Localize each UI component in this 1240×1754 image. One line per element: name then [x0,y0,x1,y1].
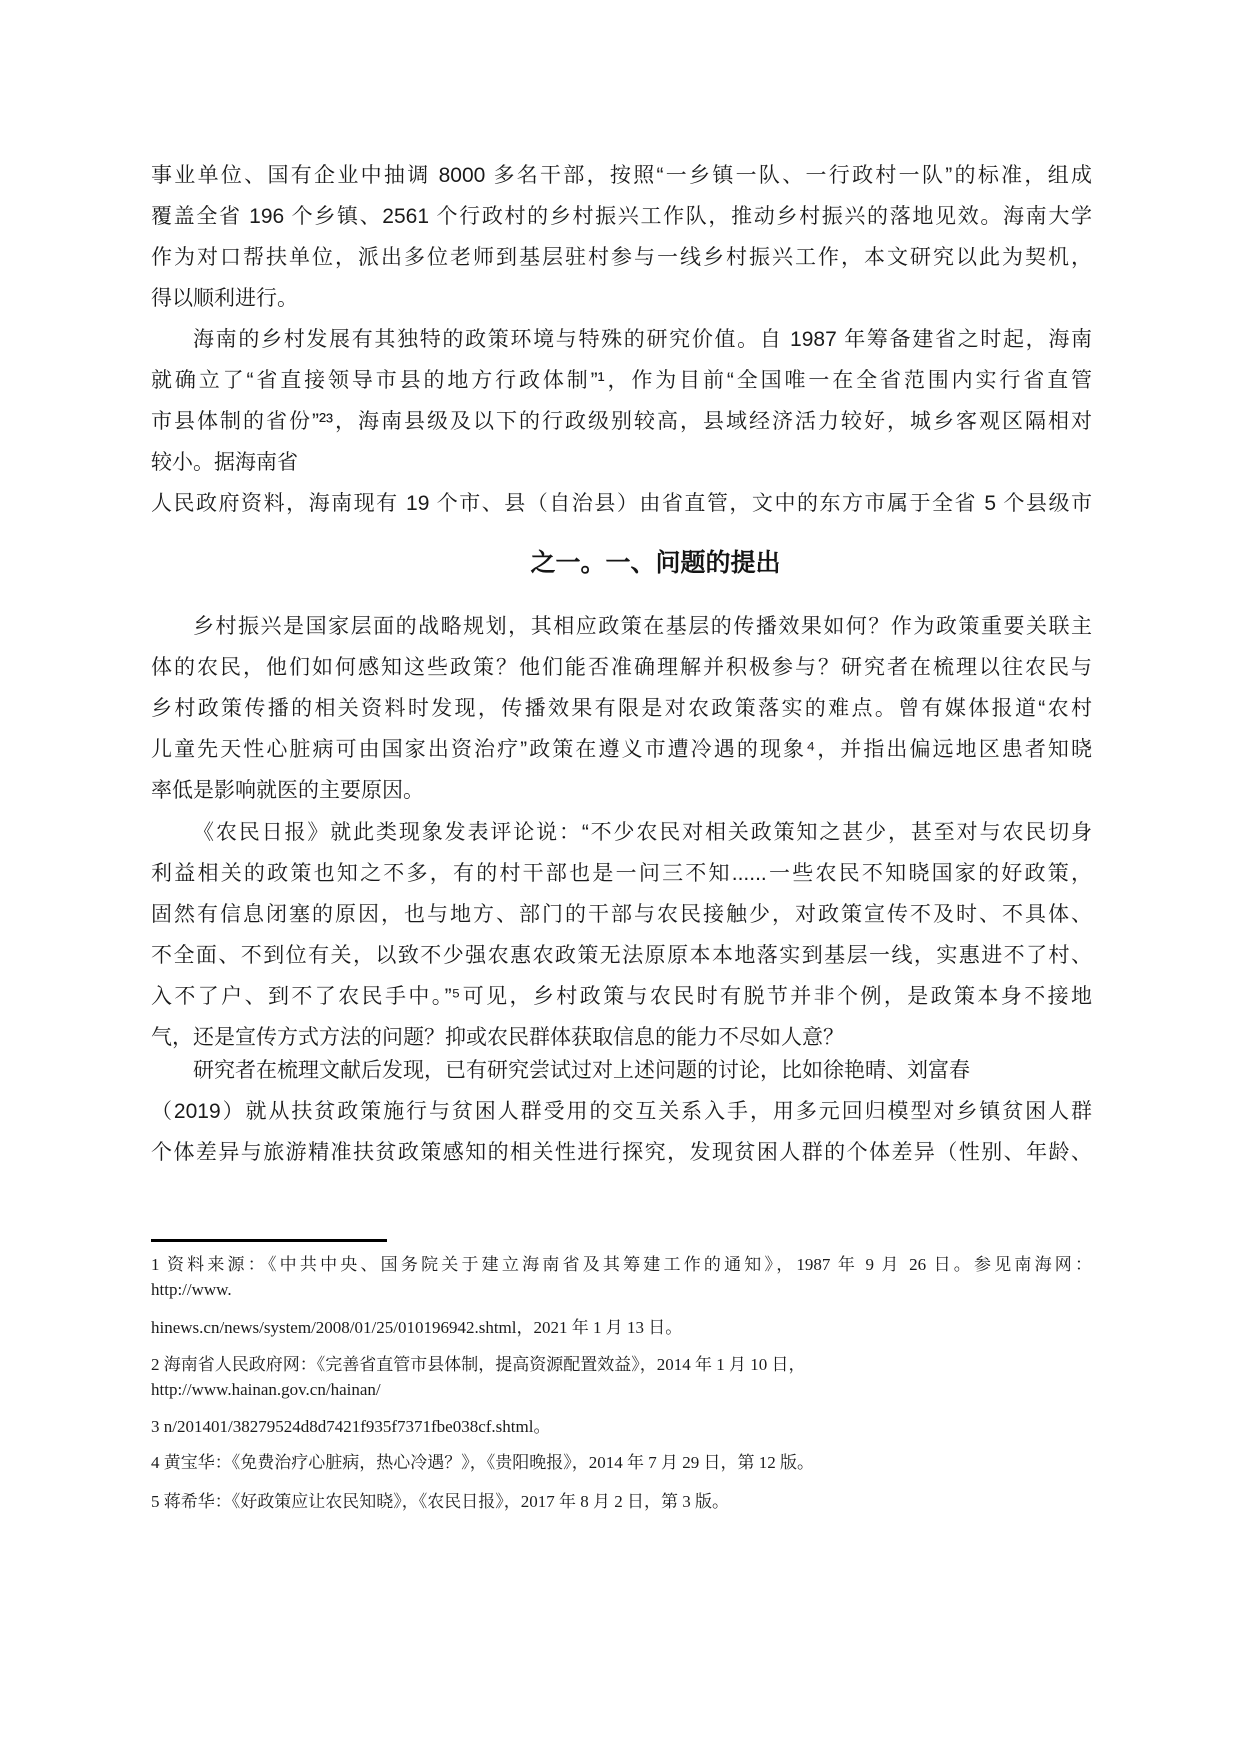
paragraph-farmers-daily-comment: 《农民日报》就此类现象发表评论说：“不少农民对相关政策知之甚少，甚至对与农民切身… [151,812,1092,1058]
paragraph-intro-continuation: 事业单位、国有企业中抽调 8000 多名干部，按照“一乡镇一队、一行政村一队”的… [151,155,1092,319]
footnote-separator [151,1239,387,1242]
body-line: 作为对口帮扶单位，派出多位老师到基层驻村参与一线乡村振兴工作，本文研究以此为契机… [151,237,1092,278]
footnote-line: 1 资料来源：《中共中央、国务院关于建立海南省及其筹建工作的通知》，1987 年… [151,1252,1092,1277]
body-line: 《农民日报》就此类现象发表评论说：“不少农民对相关政策知之甚少，甚至对与农民切身 [151,812,1092,853]
body-line: 率低是影响就医的主要原因。 [151,770,1092,811]
paragraph-question-raised: 乡村振兴是国家层面的战略规划，其相应政策在基层的传播效果如何？作为政策重要关联主… [151,606,1092,811]
body-line: 个体差异与旅游精准扶贫政策感知的相关性进行探究，发现贫困人群的个体差异（性别、年… [151,1132,1092,1173]
body-line: 市县体制的省份”²³，海南县级及以下的行政级别较高，县域经济活力较好，城乡客观区… [151,401,1092,442]
body-line: 乡村政策传播的相关资料时发现，传播效果有限是对农政策落实的难点。曾有媒体报道“农… [151,688,1092,729]
footnote-line: 5 蒋希华：《好政策应让农民知晓》，《农民日报》，2017 年 8 月 2 日，… [151,1489,1092,1514]
body-line: 海南的乡村发展有其独特的政策环境与特殊的研究价值。自 1987 年筹备建省之时起… [151,319,1092,360]
footnote-group: 2 海南省人民政府网：《完善省直管市县体制，提高资源配置效益》，2014 年 1… [151,1352,1092,1402]
body-line: 得以顺利进行。 [151,278,1092,319]
footnote-group: hinews.cn/news/system/2008/01/25/0101969… [151,1315,1092,1340]
footnote-group: 4 黄宝华：《免费治疗心脏病，热心冷遇？》，《贵阳晚报》，2014 年 7 月 … [151,1450,1092,1475]
footnote-line: 3 n/201401/38279524d8d7421f935f7371fbe03… [151,1414,1092,1439]
footnote-group: 5 蒋希华：《好政策应让农民知晓》，《农民日报》，2017 年 8 月 2 日，… [151,1489,1092,1514]
body-line: 人民政府资料，海南现有 19 个市、县（自治县）由省直管，文中的东方市属于全省 … [151,483,1092,524]
footnote-line: http://www. [151,1277,1092,1302]
paragraph-hainan-policy-context: 海南的乡村发展有其独特的政策环境与特殊的研究价值。自 1987 年筹备建省之时起… [151,319,1092,524]
body-line: 利益相关的政策也知之不多，有的村干部也是一问三不知......一些农民不知晓国家… [151,853,1092,894]
body-line: 较小。据海南省 [151,442,1092,483]
footnote-group: 3 n/201401/38279524d8d7421f935f7371fbe03… [151,1414,1092,1439]
body-line: 固然有信息闭塞的原因，也与地方、部门的干部与农民接触少，对政策宣传不及时、不具体… [151,894,1092,935]
body-line: 儿童先天性心脏病可由国家出资治疗”政策在遵义市遭冷遇的现象⁴，并指出偏远地区患者… [151,729,1092,770]
section-heading: 之一。一、问题的提出 [151,540,1092,586]
body-line: 乡村振兴是国家层面的战略规划，其相应政策在基层的传播效果如何？作为政策重要关联主 [151,606,1092,647]
paragraph-literature-review: 研究者在梳理文献后发现，已有研究尝试过对上述问题的讨论，比如徐艳晴、刘富春（20… [151,1050,1092,1173]
footnote-line: 4 黄宝华：《免费治疗心脏病，热心冷遇？》，《贵阳晚报》，2014 年 7 月 … [151,1450,1092,1475]
body-line: 覆盖全省 196 个乡镇、2561 个行政村的乡村振兴工作队，推动乡村振兴的落地… [151,196,1092,237]
body-line: 体的农民，他们如何感知这些政策？他们能否准确理解并积极参与？研究者在梳理以往农民… [151,647,1092,688]
body-line: 不全面、不到位有关，以致不少强农惠农政策无法原原本本地落实到基层一线，实惠进不了… [151,935,1092,976]
body-line: 入不了户、到不了农民手中。”⁵可见，乡村政策与农民时有脱节并非个例，是政策本身不… [151,976,1092,1017]
footnote-line: hinews.cn/news/system/2008/01/25/0101969… [151,1315,1092,1340]
body-line: 研究者在梳理文献后发现，已有研究尝试过对上述问题的讨论，比如徐艳晴、刘富春 [151,1050,1092,1091]
footnote-group: 1 资料来源：《中共中央、国务院关于建立海南省及其筹建工作的通知》，1987 年… [151,1252,1092,1302]
document-page: 事业单位、国有企业中抽调 8000 多名干部，按照“一乡镇一队、一行政村一队”的… [0,0,1240,1754]
footnote-line: 2 海南省人民政府网：《完善省直管市县体制，提高资源配置效益》，2014 年 1… [151,1352,1092,1377]
footnote-line: http://www.hainan.gov.cn/hainan/ [151,1377,1092,1402]
body-line: （2019）就从扶贫政策施行与贫困人群受用的交互关系入手，用多元回归模型对乡镇贫… [151,1091,1092,1132]
body-line: 就确立了“省直接领导市县的地方行政体制”¹，作为目前“全国唯一在全省范围内实行省… [151,360,1092,401]
body-line: 事业单位、国有企业中抽调 8000 多名干部，按照“一乡镇一队、一行政村一队”的… [151,155,1092,196]
